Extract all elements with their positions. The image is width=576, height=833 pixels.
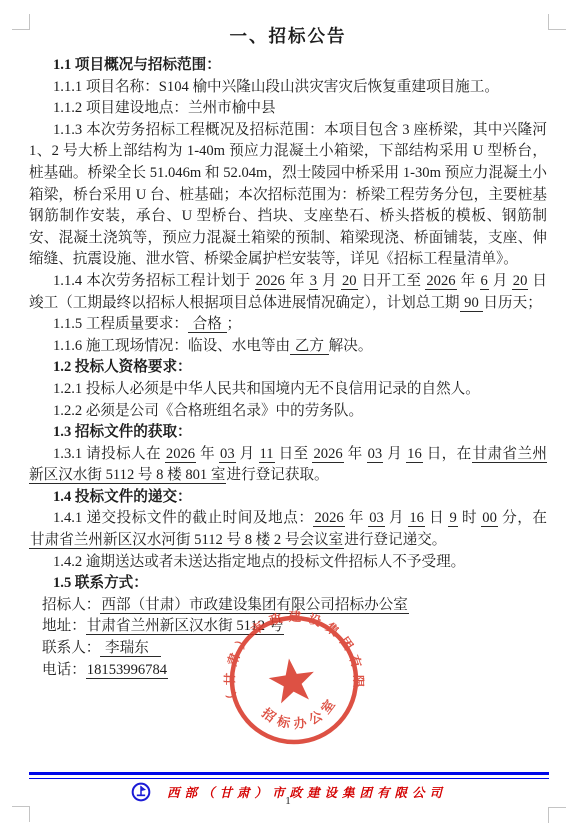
filled-blank: 03	[367, 446, 384, 463]
text-run: 1.1.5 工程质量要求：	[53, 316, 188, 332]
text-run: 1.4.1 递交投标文件的截止时间及地点：	[53, 510, 313, 526]
section-heading: 1.4 投标文件的递交：	[29, 487, 547, 509]
text-run: 年	[344, 446, 367, 462]
text-run: 月	[236, 446, 259, 462]
filled-blank: 2026	[312, 446, 343, 463]
filled-blank: 11	[259, 446, 275, 463]
section-heading: 1.2 投标人资格要求：	[29, 357, 547, 379]
text-run: 1.1.1 项目名称：S104 榆中兴隆山段山洪灾害灾后恢复重建项目施工。	[53, 79, 499, 95]
filled-blank: 3	[309, 273, 318, 290]
filled-blank: 6	[480, 273, 489, 290]
filled-blank: 乙方	[290, 338, 329, 355]
filled-blank: 03	[368, 510, 385, 527]
paragraph: 1.1.5 工程质量要求： 合格 ；	[29, 314, 547, 336]
paragraph: 1.2.1 投标人必须是中华人民共和国境内无不良信用记录的自然人。	[29, 379, 547, 401]
filled-blank: 甘肃省兰州新区汉水街 5112 号	[86, 618, 284, 635]
paragraph: 1.1.3 本次劳务招标工程概况及招标范围：本项目包含 3 座桥梁，其中兴隆河 …	[29, 120, 547, 271]
filled-blank: 2026	[165, 446, 196, 463]
paragraph-list: 1.1 项目概况与招标范围：1.1.1 项目名称：S104 榆中兴隆山段山洪灾害…	[29, 55, 547, 681]
text-run: 日开工至	[358, 273, 426, 289]
text-run: 1.1 项目概况与招标范围：	[53, 57, 221, 73]
filled-blank: 18153996784	[86, 662, 168, 679]
paragraph: 1.1.6 施工现场情况：临设、水电等由 乙方 解决。	[29, 336, 547, 358]
text-run: 解决。	[329, 338, 373, 354]
paragraph: 1.2.2 必须是公司《合格班组名录》中的劳务队。	[29, 401, 547, 423]
text-run: 日	[425, 510, 449, 526]
paragraph: 招标人：西部（甘肃）市政建设集团有限公司招标办公室	[29, 595, 547, 617]
text-run: 联系人：	[42, 640, 100, 656]
text-run: 时	[458, 510, 482, 526]
filled-blank: 西部（甘肃）市政建设集团有限公司招标办公室	[100, 597, 408, 614]
text-run: 月	[318, 273, 341, 289]
text-run: 1.1.2 项目建设地点：兰州市榆中县	[53, 100, 276, 116]
text-run: 1.4 投标文件的递交：	[53, 489, 192, 505]
text-run: 招标人：	[42, 597, 100, 613]
seal-banner-text: 招标办公室	[258, 695, 341, 735]
paragraph: 地址：甘肃省兰州新区汉水街 5112 号	[29, 616, 547, 638]
paragraph: 1.3.1 请投标人在 2026 年 03 月 11 日至 2026 年 03 …	[29, 444, 547, 487]
text-run: 1.3.1 请投标人在	[53, 446, 165, 462]
filled-blank: 16	[406, 446, 423, 463]
page-corner-mark-top-right	[548, 14, 566, 30]
page-title: 一、招标公告	[29, 24, 547, 48]
document-content: 一、招标公告 1.1 项目概况与招标范围：1.1.1 项目名称：S104 榆中兴…	[29, 22, 547, 681]
text-run: ；	[227, 316, 242, 332]
text-run: 1.1.3 本次劳务招标工程概况及招标范围：本项目包含 3 座桥梁，其中兴隆河 …	[29, 122, 547, 268]
text-run: 地址：	[42, 618, 86, 634]
text-run: 电话：	[42, 662, 86, 678]
section-heading: 1.5 联系方式：	[29, 573, 547, 595]
paragraph: 1.4.2 逾期送达或者未送达指定地点的投标文件招标人不予受理。	[29, 552, 547, 574]
page-corner-mark-top-left	[12, 14, 30, 30]
text-run: 1.1.6 施工现场情况：临设、水电等由	[53, 338, 290, 354]
filled-blank: 合格	[188, 316, 227, 333]
page-number: 1	[0, 795, 576, 807]
filled-blank: 16	[408, 510, 425, 527]
filled-blank: 甘肃省兰州新区汉水河街 5112 号 8 楼 2 号会议室	[29, 532, 344, 549]
text-run: 日，在	[423, 446, 472, 462]
text-run: 分，在	[498, 510, 547, 526]
text-run: 1.2.2 必须是公司《合格班组名录》中的劳务队。	[53, 403, 363, 419]
filled-blank: 20	[341, 273, 358, 290]
text-run: 年	[457, 273, 480, 289]
text-run: 进行登记获取。	[226, 467, 328, 483]
page-corner-mark-bottom-left	[12, 806, 30, 822]
paragraph: 1.1.2 项目建设地点：兰州市榆中县	[29, 98, 547, 120]
text-run: 月	[489, 273, 512, 289]
footer-rule-thin	[29, 778, 549, 779]
paragraph: 电话：18153996784	[29, 660, 547, 682]
paragraph: 联系人： 李瑞东	[29, 638, 547, 660]
filled-blank: 00	[481, 510, 498, 527]
text-run: 1.2 投标人资格要求：	[53, 359, 192, 375]
filled-blank: 2026	[255, 273, 286, 290]
filled-blank: 2026	[425, 273, 456, 290]
text-run: 年	[286, 273, 309, 289]
section-heading: 1.3 招标文件的获取：	[29, 422, 547, 444]
paragraph: 1.1.1 项目名称：S104 榆中兴隆山段山洪灾害灾后恢复重建项目施工。	[29, 77, 547, 99]
filled-blank: 李瑞东	[100, 640, 160, 657]
section-heading: 1.1 项目概况与招标范围：	[29, 55, 547, 77]
text-run: 月	[383, 446, 406, 462]
filled-blank: 9	[448, 510, 457, 527]
text-run: 进行登记递交。	[344, 532, 446, 548]
text-run: 1.4.2 逾期送达或者未送达指定地点的投标文件招标人不予受理。	[53, 554, 465, 570]
text-run: 日至	[275, 446, 313, 462]
text-run: 1.1.4 本次劳务招标工程计划于	[53, 273, 255, 289]
page-corner-mark-bottom-right	[548, 807, 566, 823]
text-run: 日历天；	[483, 295, 541, 311]
text-run: 年	[196, 446, 219, 462]
footer-rule-thick	[29, 772, 549, 775]
text-run: 月	[385, 510, 409, 526]
text-run: 1.3 招标文件的获取：	[53, 424, 192, 440]
filled-blank: 20	[512, 273, 529, 290]
text-run: 1.5 联系方式：	[53, 575, 148, 591]
paragraph: 1.1.4 本次劳务招标工程计划于 2026 年 3 月 20 日开工至 202…	[29, 271, 547, 314]
filled-blank: 2026	[313, 510, 344, 527]
paragraph: 1.4.1 递交投标文件的截止时间及地点：2026 年 03 月 16 日 9 …	[29, 508, 547, 551]
text-run: 年	[345, 510, 369, 526]
text-run: 1.2.1 投标人必须是中华人民共和国境内无不良信用记录的自然人。	[53, 381, 480, 397]
filled-blank: 90	[460, 295, 484, 312]
filled-blank: 03	[219, 446, 236, 463]
